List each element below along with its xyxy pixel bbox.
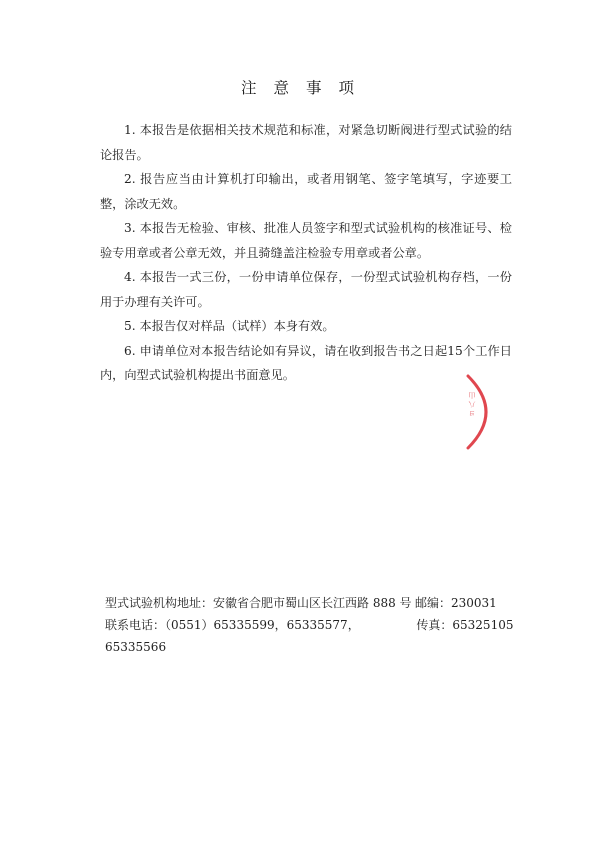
seal-stamp-icon — [458, 372, 508, 452]
page-title: 注意事项 — [0, 76, 595, 98]
note-item: 5. 本报告仅对样品（试样）本身有效。 — [100, 314, 512, 339]
note-item: 2. 报告应当由计算机打印输出，或者用钢笔、签字笔填写，字迹要工整，涂改无效。 — [100, 167, 512, 216]
note-item: 4. 本报告一式三份，一份申请单位保存，一份型式试验机构存档，一份用于办理有关许… — [100, 265, 512, 314]
document-page: 注意事项 1. 本报告是依据相关技术规范和标准，对紧急切断阀进行型式试验的结论报… — [0, 0, 595, 842]
postcode: 邮编：230031 — [415, 592, 515, 614]
note-item: 3. 本报告无检验、审核、批准人员签字和型式试验机构的核准证号、检验专用章或者公… — [100, 216, 512, 265]
note-item: 1. 本报告是依据相关技术规范和标准，对紧急切断阀进行型式试验的结论报告。 — [100, 118, 512, 167]
fax-number: 传真：65325105 — [416, 614, 515, 636]
contact-phone: 联系电话：（0551）65335599，65335577，65335566 — [105, 614, 416, 636]
institution-address: 型式试验机构地址：安徽省合肥市蜀山区长江西路 888 号 — [105, 592, 412, 614]
notes-list: 1. 本报告是依据相关技术规范和标准，对紧急切断阀进行型式试验的结论报告。 2.… — [100, 118, 512, 388]
footer-contact: 型式试验机构地址：安徽省合肥市蜀山区长江西路 888 号 邮编：230031 联… — [105, 592, 515, 636]
seal-stamp-text: ヨ八山 — [467, 390, 477, 417]
note-item: 6. 申请单位对本报告结论如有异议，请在收到报告书之日起15个工作日内，向型式试… — [100, 339, 512, 388]
